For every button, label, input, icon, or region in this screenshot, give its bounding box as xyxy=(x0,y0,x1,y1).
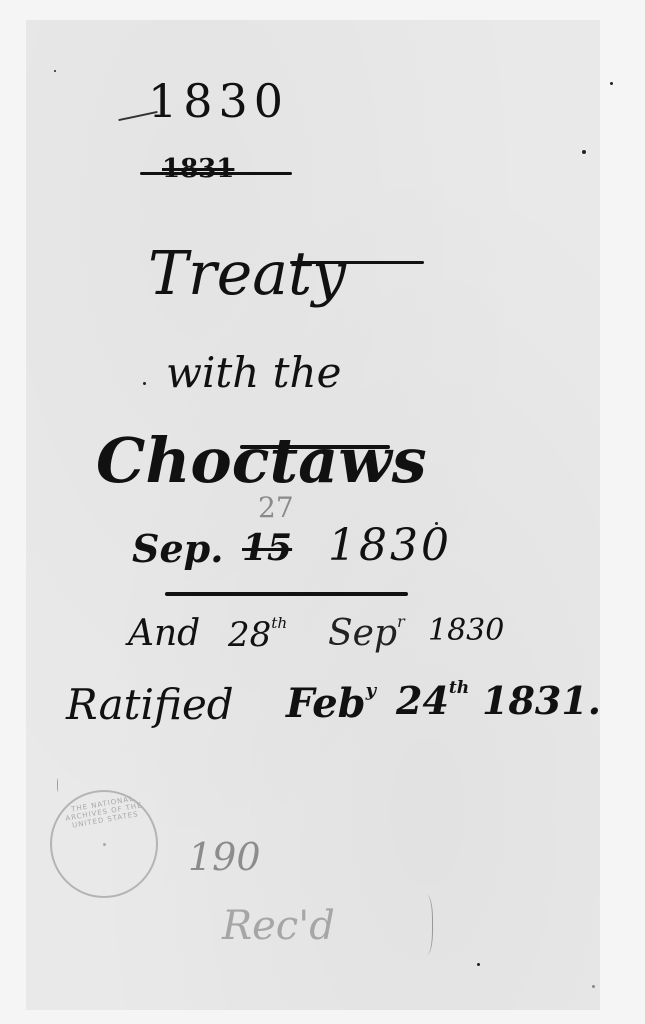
date-day-struck: 15 xyxy=(242,530,292,566)
ink-dot xyxy=(143,382,146,385)
second-date-prefix: And xyxy=(128,616,200,652)
ink-speck xyxy=(477,963,480,966)
choctaws-t-crossbar xyxy=(240,445,390,449)
year-heading: 1830 xyxy=(148,78,289,124)
date-underline xyxy=(165,592,408,596)
second-date-day-suffix: th xyxy=(271,614,287,632)
stamp-center-dot xyxy=(103,843,106,846)
date-year: 1830 xyxy=(328,524,452,568)
date-month: Sep. xyxy=(132,530,223,568)
pencil-received-note: Rec'd xyxy=(222,906,335,946)
ratified-label: Ratified xyxy=(66,684,234,726)
second-date-day: 28th xyxy=(228,618,287,652)
pencil-number: 190 xyxy=(188,838,261,876)
ratified-day: 24th xyxy=(396,682,469,720)
ink-speck xyxy=(54,70,56,72)
treaty-t-crossbar xyxy=(290,261,424,264)
ratified-day-suffix: th xyxy=(449,678,469,698)
scanned-document: 1830 1831 Treaty with the Choctaws 27 Se… xyxy=(0,0,645,1024)
title-with-the: with the xyxy=(166,352,341,394)
ratified-month-suffix: y xyxy=(366,680,376,701)
ink-speck xyxy=(435,522,438,525)
pencil-tick xyxy=(57,778,60,792)
national-archives-stamp: THE NATIONAL ARCHIVES OF THE UNITED STAT… xyxy=(50,790,158,898)
second-date-month: Sepr xyxy=(328,616,405,652)
second-date-day-value: 28 xyxy=(228,615,271,655)
second-date-year: 1830 xyxy=(428,616,504,646)
title-treaty: Treaty xyxy=(148,244,346,304)
strike-line xyxy=(140,172,292,175)
pencil-day-correction: 27 xyxy=(258,494,294,522)
ink-speck xyxy=(592,985,595,988)
stamp-text: THE NATIONAL ARCHIVES OF THE UNITED STAT… xyxy=(61,793,148,831)
struck-year: 1831 xyxy=(162,156,234,182)
ink-speck xyxy=(610,82,613,85)
second-date-month-suffix: r xyxy=(397,612,405,631)
pencil-bracket-mark xyxy=(418,895,433,955)
ratified-month-value: Feb xyxy=(286,680,366,727)
ratified-month: Feby xyxy=(286,684,376,724)
ratified-year: 1831. xyxy=(482,682,601,720)
ink-speck xyxy=(582,150,586,154)
second-date-month-value: Sep xyxy=(328,613,397,654)
title-choctaws: Choctaws xyxy=(96,430,427,492)
ratified-day-value: 24 xyxy=(396,678,449,723)
